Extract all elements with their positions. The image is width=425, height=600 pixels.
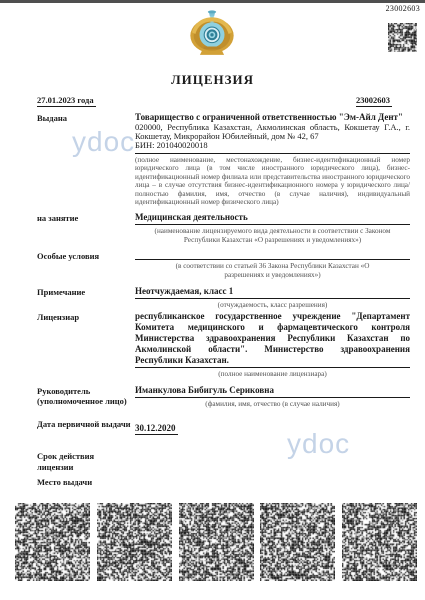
licensee-address: 020000, Республика Казахстан, Акмолинска… <box>135 123 410 141</box>
field-label: Место выдачи <box>37 476 135 488</box>
license-body: 27.01.2023 года 23002603 Выдана Товарище… <box>37 96 410 488</box>
signature-qr-code <box>342 503 417 581</box>
date-number-row: 27.01.2023 года 23002603 <box>37 96 410 107</box>
special-conditions-value <box>135 250 410 260</box>
field-label: Срок действия лицензии <box>37 450 107 472</box>
field-issued-to: Выдана Товарищество с ограниченной ответ… <box>37 112 410 206</box>
corner-license-number: 23002603 <box>386 4 420 13</box>
signature-qr-code <box>260 503 335 581</box>
field-place-of-issue: Место выдачи <box>37 476 410 488</box>
remark-value: Неотчуждаемая, класс 1 <box>135 286 410 299</box>
signature-qr-code <box>97 503 172 581</box>
field-activity: на занятие Медицинская деятельность (наи… <box>37 212 410 244</box>
field-licensor: Лицензиар республиканское государственно… <box>37 311 410 378</box>
field-label: Выдана <box>37 112 135 206</box>
field-note: (в соответствии со статьей 36 Закона Рес… <box>135 260 410 279</box>
head-value: Иманкулова Бибигуль Сериковна <box>135 385 410 398</box>
field-note: (фамилия, имя, отчество (в случае наличи… <box>135 398 410 408</box>
field-first-issue-date: Дата первичной выдачи 30.12.2020 <box>37 418 410 436</box>
page-top-divider <box>0 0 425 3</box>
field-note: (полное наименование, местонахождение, б… <box>135 154 410 206</box>
licensee-bin: БИН: 201040020018 <box>135 141 410 150</box>
field-label: Руководитель (уполномоченное лицо) <box>37 385 135 408</box>
activity-value: Медицинская деятельность <box>135 212 410 225</box>
license-number: 23002603 <box>356 96 392 107</box>
license-title: ЛИЦЕНЗИЯ <box>0 72 425 88</box>
field-label: Особые условия <box>37 250 135 279</box>
field-label: Примечание <box>37 286 135 309</box>
field-note: (отчуждаемость, класс разрешения) <box>135 299 410 309</box>
licensor-value: республиканское государственное учрежден… <box>135 311 410 368</box>
field-label: на занятие <box>37 212 135 244</box>
field-note: (полное наименование лицензиара) <box>135 368 410 378</box>
field-remark: Примечание Неотчуждаемая, класс 1 (отчуж… <box>37 286 410 309</box>
kazakhstan-coat-of-arms-icon <box>187 9 237 59</box>
field-special-conditions: Особые условия (в соответствии со статье… <box>37 250 410 279</box>
signature-qr-code <box>179 503 254 581</box>
issue-date: 27.01.2023 года <box>37 96 96 107</box>
field-head: Руководитель (уполномоченное лицо) Иманк… <box>37 385 410 408</box>
signature-qr-code <box>15 503 90 581</box>
first-issue-date-value: 30.12.2020 <box>135 424 178 435</box>
field-note: (наименование лицензируемого вида деятел… <box>135 225 410 244</box>
field-label: Лицензиар <box>37 311 135 378</box>
signature-qr-row <box>15 503 417 581</box>
field-validity: Срок действия лицензии <box>37 450 410 472</box>
field-label: Дата первичной выдачи <box>37 418 135 436</box>
corner-qr-code-icon <box>388 23 417 52</box>
